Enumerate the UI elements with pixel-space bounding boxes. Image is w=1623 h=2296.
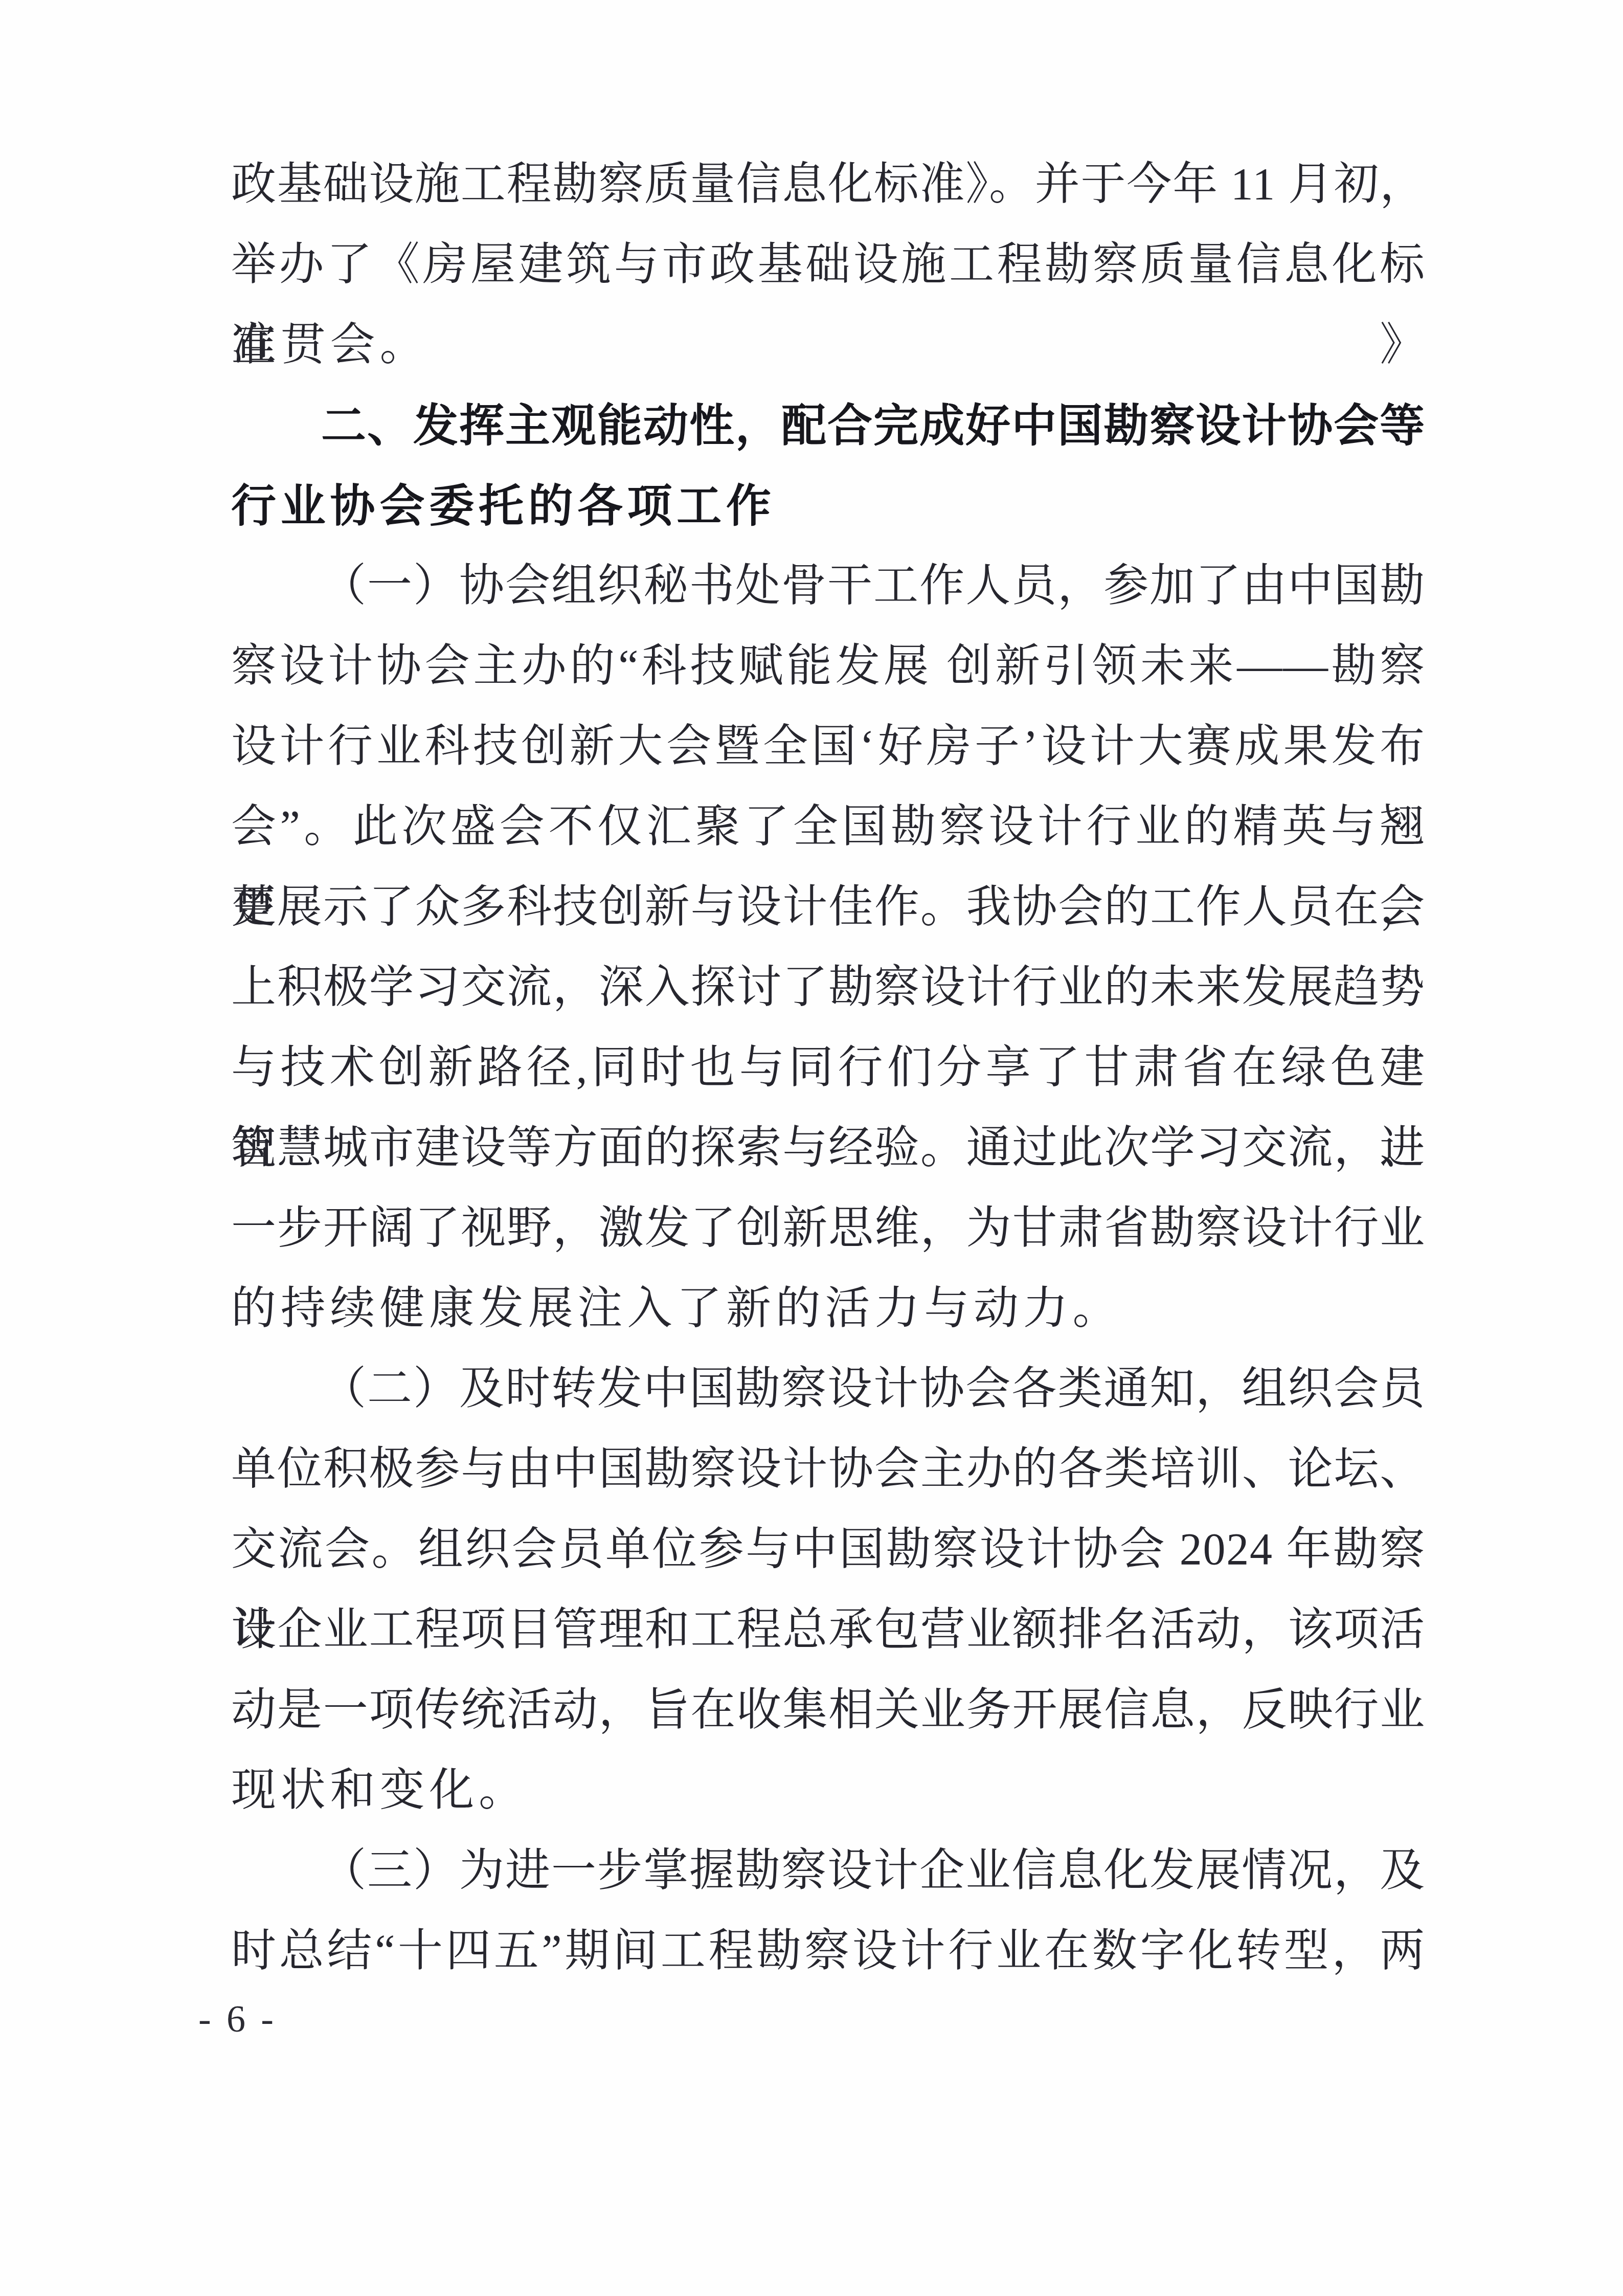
- text-line: 上积极学习交流，深入探讨了勘察设计行业的未来发展趋势: [231, 947, 1426, 1028]
- text-line: 的持续健康发展注入了新的活力与动力。: [231, 1268, 1426, 1349]
- document-page: 政基础设施工程勘察质量信息化标准》。并于今年 11 月初， 举办了《房屋建筑与市…: [0, 0, 1623, 2296]
- text-line: （三）为进一步掌握勘察设计企业信息化发展情况，及: [231, 1831, 1426, 1911]
- text-line: 会”。此次盛会不仅汇聚了全国勘察设计行业的精英与翘楚，: [231, 787, 1426, 867]
- text-line: 设计行业科技创新大会暨全国‘好房子’设计大赛成果发布: [231, 706, 1426, 787]
- text-line: 察设计协会主办的“科技赋能发展 创新引领未来——勘察: [231, 626, 1426, 706]
- text-line: 时总结“十四五”期间工程勘察设计行业在数字化转型，两: [231, 1911, 1426, 1991]
- text-line: 动是一项传统活动，旨在收集相关业务开展信息，反映行业: [231, 1670, 1426, 1750]
- section-heading-line-1: 二、发挥主观能动性，配合完成好中国勘察设计协会等: [231, 385, 1426, 465]
- text-line: 单位积极参与由中国勘察设计协会主办的各类培训、论坛、: [231, 1429, 1426, 1509]
- text-line: （二）及时转发中国勘察设计协会各类通知，组织会员: [231, 1349, 1426, 1429]
- text-line: 更展示了众多科技创新与设计佳作。我协会的工作人员在会: [231, 867, 1426, 947]
- page-number: - 6 -: [198, 1998, 277, 2041]
- text-line: 一步开阔了视野，激发了创新思维，为甘肃省勘察设计行业: [231, 1188, 1426, 1268]
- text-line: 交流会。组织会员单位参与中国勘察设计协会 2024 年勘察设: [231, 1509, 1426, 1590]
- text-line: 政基础设施工程勘察质量信息化标准》。并于今年 11 月初，: [231, 144, 1426, 225]
- section-heading-line-2: 行业协会委托的各项工作: [231, 465, 1426, 546]
- text-line: 现状和变化。: [231, 1750, 1426, 1831]
- text-line: 计企业工程项目管理和工程总承包营业额排名活动，该项活: [231, 1590, 1426, 1670]
- text-line: 与技术创新路径,同时也与同行们分享了甘肃省在绿色建筑、: [231, 1028, 1426, 1108]
- text-line: 智慧城市建设等方面的探索与经验。通过此次学习交流，进: [231, 1108, 1426, 1188]
- text-line: 举办了《房屋建筑与市政基础设施工程勘察质量信息化标准》: [231, 225, 1426, 305]
- text-line: （一）协会组织秘书处骨干工作人员，参加了由中国勘: [231, 546, 1426, 626]
- document-body: 政基础设施工程勘察质量信息化标准》。并于今年 11 月初， 举办了《房屋建筑与市…: [231, 144, 1426, 1991]
